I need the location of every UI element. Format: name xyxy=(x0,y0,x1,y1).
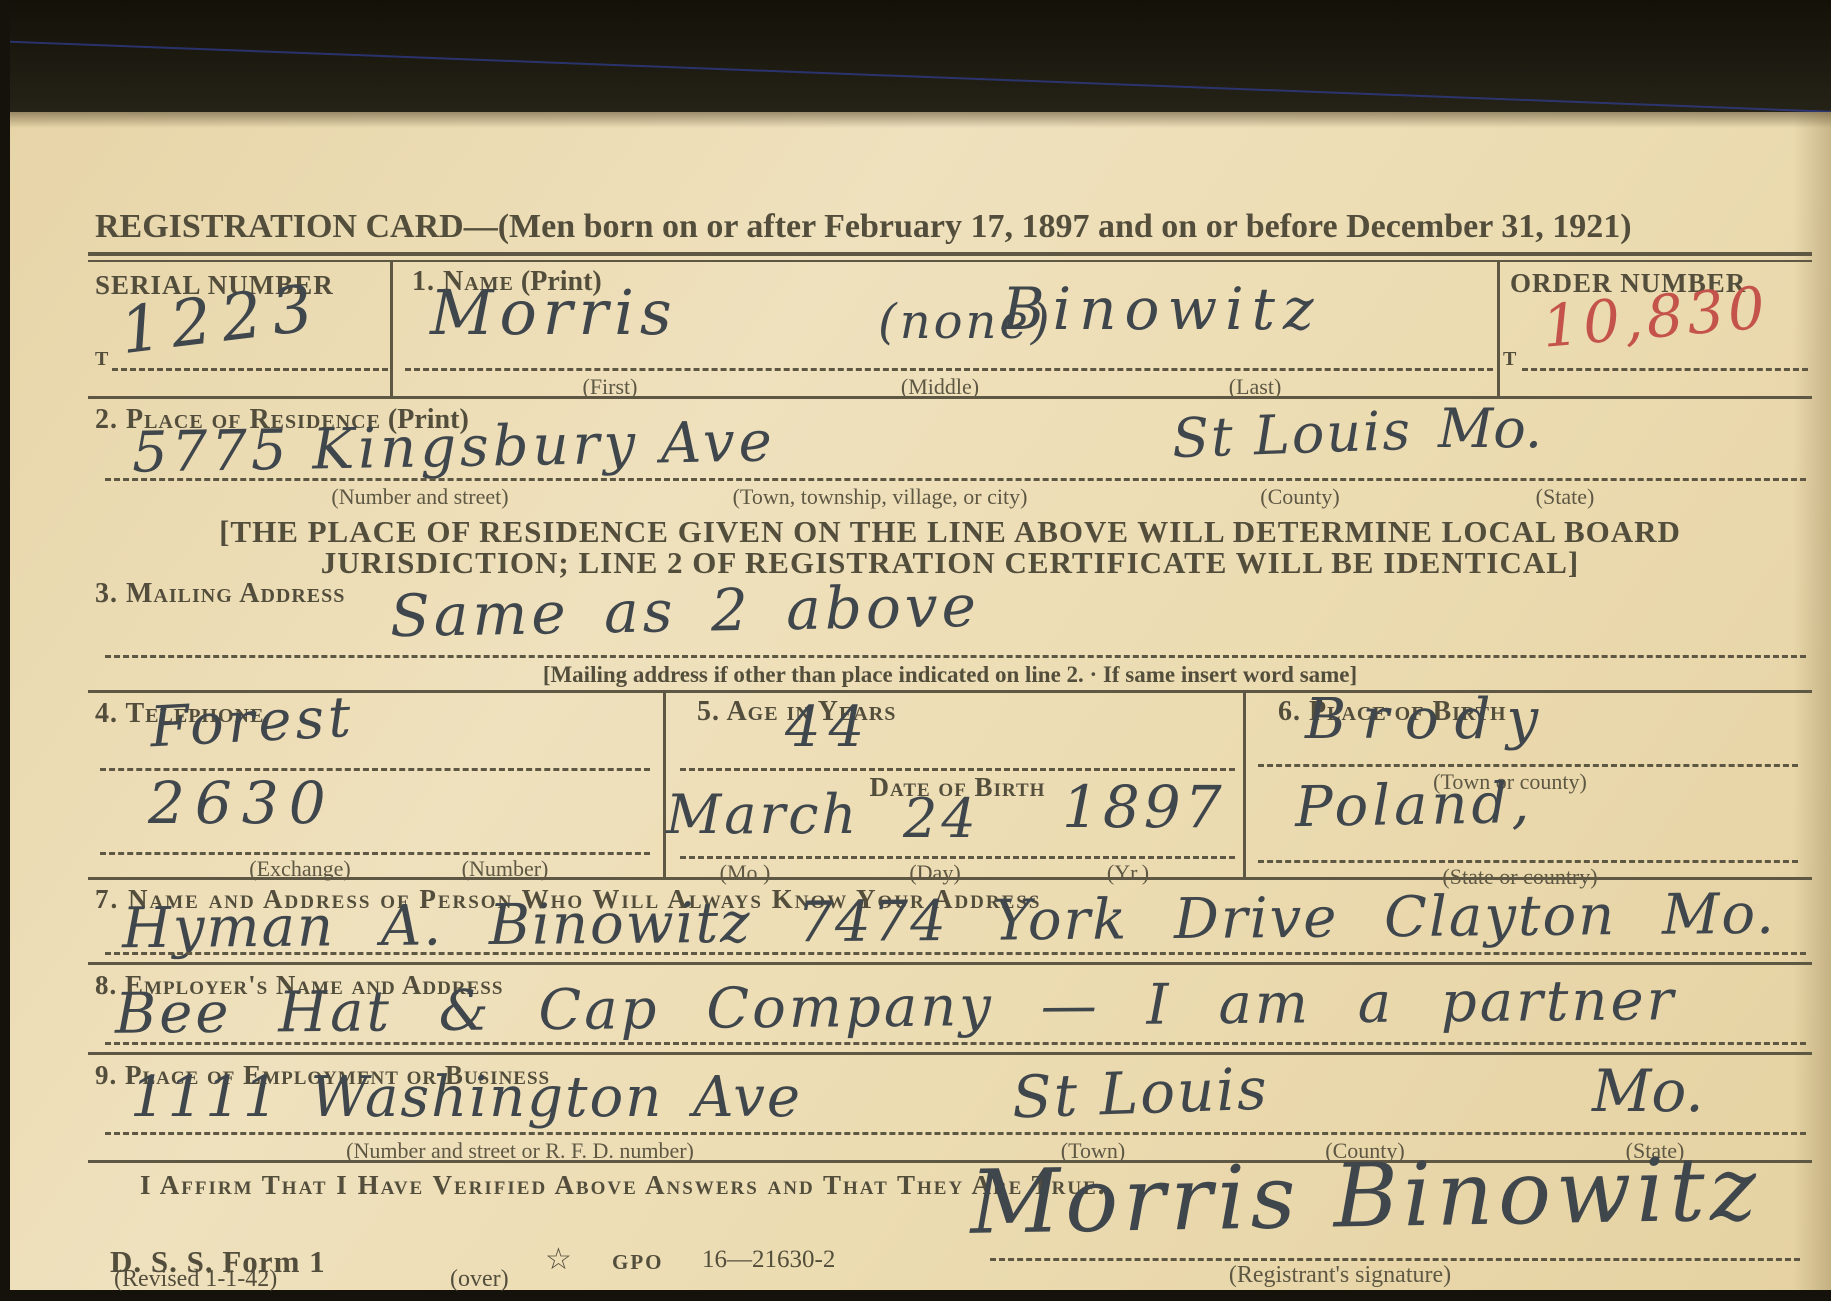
mailing-value-handwritten: Same as 2 above xyxy=(390,577,981,645)
scanned-registration-card: REGISTRATION CARD—(Men born on or after … xyxy=(0,0,1831,1301)
residence-state-handwritten: Mo. xyxy=(1438,402,1542,456)
star-icon: ☆ xyxy=(545,1242,572,1277)
residence-sub-county: (County) xyxy=(1210,484,1390,510)
signature-write-line xyxy=(990,1258,1800,1261)
employment-street-handwritten: 1111 Washington Ave xyxy=(130,1070,802,1126)
title-rule-thin xyxy=(88,260,1812,262)
film-edge-left xyxy=(0,0,10,1301)
dob-sub-year: (Yr.) xyxy=(1063,860,1193,886)
divider-serial-name xyxy=(390,262,393,396)
residence-sub-street: (Number and street) xyxy=(280,484,560,510)
film-scratch-line xyxy=(0,40,1831,115)
order-prefix: T xyxy=(1503,348,1516,371)
employment-state-handwritten: Mo. xyxy=(1592,1062,1704,1120)
dob-month-handwritten: March xyxy=(666,788,859,842)
affirmation-text: I Affirm That I Have Verified Above Answ… xyxy=(140,1170,1106,1201)
rule-below-row7 xyxy=(88,962,1812,965)
registrant-signature-handwritten: Morris Binowitz xyxy=(969,1145,1762,1247)
contact-write-line xyxy=(105,952,1806,955)
card-top-shadow xyxy=(10,112,1831,128)
residence-county-handwritten: St Louis xyxy=(1171,404,1413,466)
dob-line xyxy=(680,856,1235,859)
birthplace-line2 xyxy=(1258,860,1798,863)
birthplace-line1 xyxy=(1258,764,1798,767)
dob-year-handwritten: 1897 xyxy=(1062,778,1226,836)
title-rule-thick xyxy=(88,252,1812,256)
gpo-print-code: 16—21630-2 xyxy=(702,1246,835,1274)
over-note: (over) xyxy=(450,1266,509,1293)
card-right-shadow xyxy=(1793,112,1831,1290)
mailing-label: 3. Mailing Address xyxy=(95,578,345,610)
telephone-line2 xyxy=(100,852,650,855)
birthplace-town-handwritten: Brody xyxy=(1305,692,1554,748)
dob-sub-month: (Mo.) xyxy=(680,860,810,886)
telephone-number-handwritten: 2630 xyxy=(148,774,336,832)
age-value-handwritten: 44 xyxy=(785,700,872,756)
employment-town-handwritten: St Louis xyxy=(1011,1060,1269,1127)
employer-value-handwritten: Bee Hat & Cap Company — I am a partner xyxy=(115,973,1677,1043)
name-last-handwritten: Binowitz xyxy=(1002,280,1322,338)
rule-below-row1 xyxy=(88,396,1812,399)
form-revision: (Revised 1-1-42) xyxy=(114,1266,277,1293)
contact-value-handwritten: Hyman A. Binowitz 7474 York Drive Clayto… xyxy=(122,887,1776,957)
order-write-line xyxy=(1522,368,1808,371)
telephone-exchange-handwritten: Forest xyxy=(149,690,356,757)
age-line xyxy=(680,768,1235,771)
name-write-line xyxy=(405,368,1493,371)
rule-below-row6 xyxy=(88,877,1812,880)
film-edge-top xyxy=(0,0,1831,118)
residence-sub-town: (Town, township, village, or city) xyxy=(680,484,1080,510)
residence-street-handwritten: 5775 Kingsbury Ave xyxy=(132,414,777,481)
mailing-write-line xyxy=(105,655,1806,658)
divider-age-birth xyxy=(1243,690,1246,877)
page-title: REGISTRATION CARD—(Men born on or after … xyxy=(95,208,1632,246)
divider-name-order xyxy=(1497,262,1500,396)
gpo-label: GPO xyxy=(612,1250,664,1275)
serial-prefix: T xyxy=(95,348,108,371)
name-first-handwritten: Morris xyxy=(430,282,678,344)
employer-write-line xyxy=(105,1042,1806,1045)
serial-write-line xyxy=(112,368,388,371)
residence-sub-state: (State) xyxy=(1480,484,1650,510)
dob-day-handwritten: 24 xyxy=(903,792,980,846)
residence-write-line xyxy=(105,478,1806,481)
dob-sub-day: (Day) xyxy=(870,860,1000,886)
employment-write-line xyxy=(105,1132,1806,1135)
rule-below-row8 xyxy=(88,1052,1812,1055)
birthplace-country-handwritten: Poland, xyxy=(1295,776,1534,836)
signature-sub-label: (Registrant's signature) xyxy=(1180,1262,1500,1289)
